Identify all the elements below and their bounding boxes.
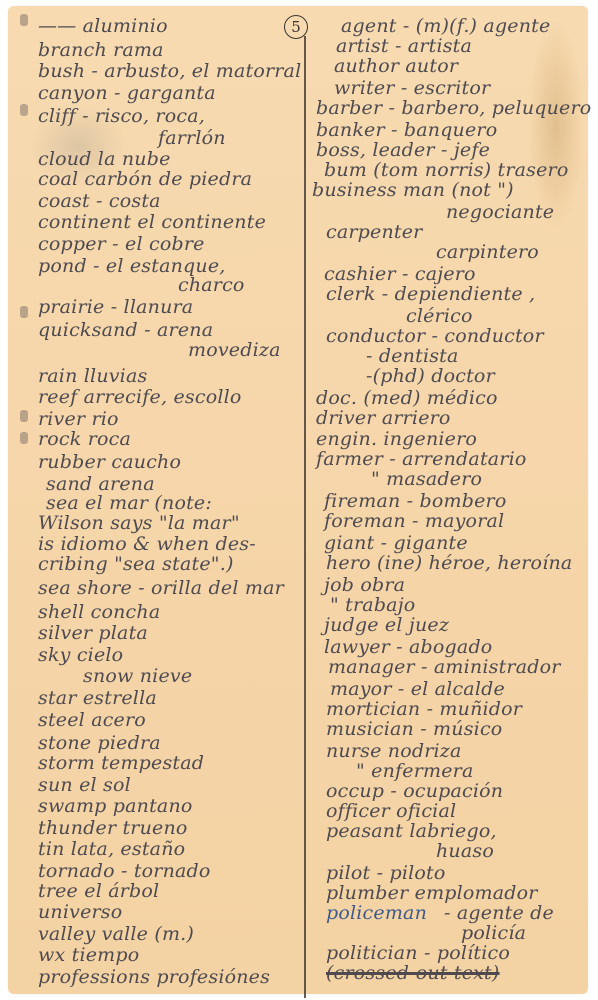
profession-entry: nurse nodriza: [326, 742, 462, 761]
profession-entry: huaso: [436, 842, 494, 861]
profession-entry: negociante: [446, 203, 554, 222]
profession-entry: doc. (med) médico: [316, 389, 498, 408]
profession-entry: peasant labriego,: [326, 822, 497, 841]
profession-entry: occup - ocupación: [326, 782, 503, 801]
profession-entry: - dentista: [366, 347, 459, 366]
vocab-entry: thunder trueno: [38, 819, 188, 838]
profession-entry: clerk - depiendiente ,: [326, 285, 535, 304]
profession-entry: politician - político: [326, 944, 510, 963]
profession-entry: conductor - conductor: [326, 327, 544, 346]
profession-entry: giant - gigante: [324, 534, 468, 553]
profession-entry: musician - músico: [326, 720, 502, 739]
profession-entry: manager - aministrador: [328, 658, 561, 677]
profession-entry: (crossed-out text): [326, 964, 500, 983]
vocab-entry: sea el mar (note:: [46, 494, 212, 513]
vocab-entry: star estrella: [38, 689, 157, 708]
profession-entry: " enfermera: [356, 762, 474, 781]
profession-entry: foreman - mayoral: [324, 512, 504, 531]
vocab-entry: Wilson says "la mar": [38, 514, 240, 533]
vocab-entry: bush - arbusto, el matorral: [38, 62, 301, 81]
vocab-entry: branch rama: [38, 41, 164, 60]
vocab-entry: cloud la nube: [38, 150, 171, 169]
vocab-entry: charco: [178, 276, 245, 295]
profession-entry: artist - artista: [336, 37, 472, 56]
profession-entry: hero (ine) héroe, heroína: [326, 554, 572, 573]
profession-entry: - agente de: [444, 904, 554, 923]
profession-entry: job obra: [324, 576, 405, 595]
profession-entry: policía: [461, 924, 526, 943]
page-number-badge: 5: [284, 15, 308, 39]
profession-entry: bum (tom norris) trasero: [324, 161, 568, 180]
vocab-entry: reef arrecife, escollo: [38, 388, 242, 407]
profession-entry: business man (not "): [312, 181, 514, 200]
profession-entry: fireman - bombero: [324, 492, 506, 511]
vocab-entry: valley valle (m.): [38, 925, 194, 944]
profession-entry: barber - barbero, peluquero: [316, 99, 591, 118]
profession-entry: mortician - muñidor: [326, 700, 522, 719]
profession-entry: carpintero: [436, 243, 539, 262]
edge-mark: [20, 410, 28, 422]
vocab-entry: tornado - tornado: [38, 862, 211, 881]
vocab-entry: —— aluminio: [38, 17, 168, 36]
edge-mark: [20, 432, 28, 444]
profession-entry: carpenter: [326, 223, 422, 242]
profession-entry: clérico: [406, 307, 473, 326]
profession-entry: cashier - cajero: [324, 265, 476, 284]
vocab-entry: swamp pantano: [38, 797, 193, 816]
vocab-entry: river rio: [38, 410, 119, 429]
vocab-entry: rain lluvias: [38, 367, 147, 386]
vocab-entry: silver plata: [38, 624, 148, 643]
profession-entry: officer oficial: [326, 802, 456, 821]
vocab-entry: shell concha: [38, 603, 160, 622]
vocab-entry: tree el árbol: [38, 882, 159, 901]
vocab-entry: steel acero: [38, 711, 146, 730]
edge-mark: [20, 104, 28, 116]
vocab-entry: movediza: [188, 341, 281, 360]
profession-entry: plumber emplomador: [326, 884, 538, 903]
vocab-entry: storm tempestad: [38, 754, 204, 773]
vocab-entry: copper - el cobre: [38, 235, 205, 254]
vocab-entry: wx tiempo: [38, 946, 139, 965]
edge-mark: [20, 306, 28, 318]
profession-entry: banker - banquero: [316, 121, 497, 140]
edge-mark: [20, 14, 28, 26]
vocab-entry: sun el sol: [38, 776, 131, 795]
vocab-entry: rubber caucho: [38, 453, 181, 472]
vocab-entry: cribing "sea state".): [38, 555, 234, 574]
vocab-entry: coal carbón de piedra: [38, 170, 252, 189]
vocab-entry: canyon - garganta: [38, 84, 216, 103]
profession-entry: pilot - piloto: [326, 864, 446, 883]
profession-entry: driver arriero: [316, 409, 451, 428]
vocab-entry: prairie - llanura: [38, 298, 193, 317]
profession-entry: engin. ingeniero: [316, 430, 477, 449]
vocab-entry: stone piedra: [38, 734, 161, 753]
profession-entry: lawyer - abogado: [324, 638, 492, 657]
column-divider: [304, 36, 306, 998]
vocab-entry: snow nieve: [83, 667, 192, 686]
profession-entry: author autor: [334, 57, 458, 76]
vocab-entry: is idiomo & when des-: [38, 535, 256, 554]
vocab-entry: sea shore - orilla del mar: [38, 579, 284, 598]
vocab-entry: tin lata, estaño: [38, 840, 185, 859]
vocab-entry: universo: [38, 903, 122, 922]
vocabulary-card: 5 —— aluminiobranch ramabush - arbusto, …: [8, 6, 588, 994]
vocab-entry: rock roca: [38, 430, 131, 449]
profession-entry: " masadero: [371, 470, 482, 489]
vocab-entry: farrlón: [158, 129, 226, 148]
profession-entry: farmer - arrendatario: [316, 450, 527, 469]
profession-entry: " trabajo: [330, 596, 415, 615]
vocab-entry: cliff - risco, roca,: [38, 107, 205, 126]
profession-entry: judge el juez: [324, 616, 449, 635]
profession-entry: policeman: [326, 904, 427, 923]
vocab-entry: professions profesiónes: [38, 968, 270, 987]
vocab-entry: continent el continente: [38, 213, 266, 232]
profession-entry: agent - (m)(f.) agente: [341, 17, 550, 36]
profession-entry: boss, leader - jefe: [316, 141, 490, 160]
vocab-entry: sky cielo: [38, 646, 123, 665]
profession-entry: mayor - el alcalde: [330, 680, 505, 699]
vocab-entry: quicksand - arena: [38, 321, 213, 340]
profession-entry: writer - escritor: [334, 79, 490, 98]
vocab-entry: coast - costa: [38, 192, 161, 211]
profession-entry: -(phd) doctor: [366, 367, 495, 386]
